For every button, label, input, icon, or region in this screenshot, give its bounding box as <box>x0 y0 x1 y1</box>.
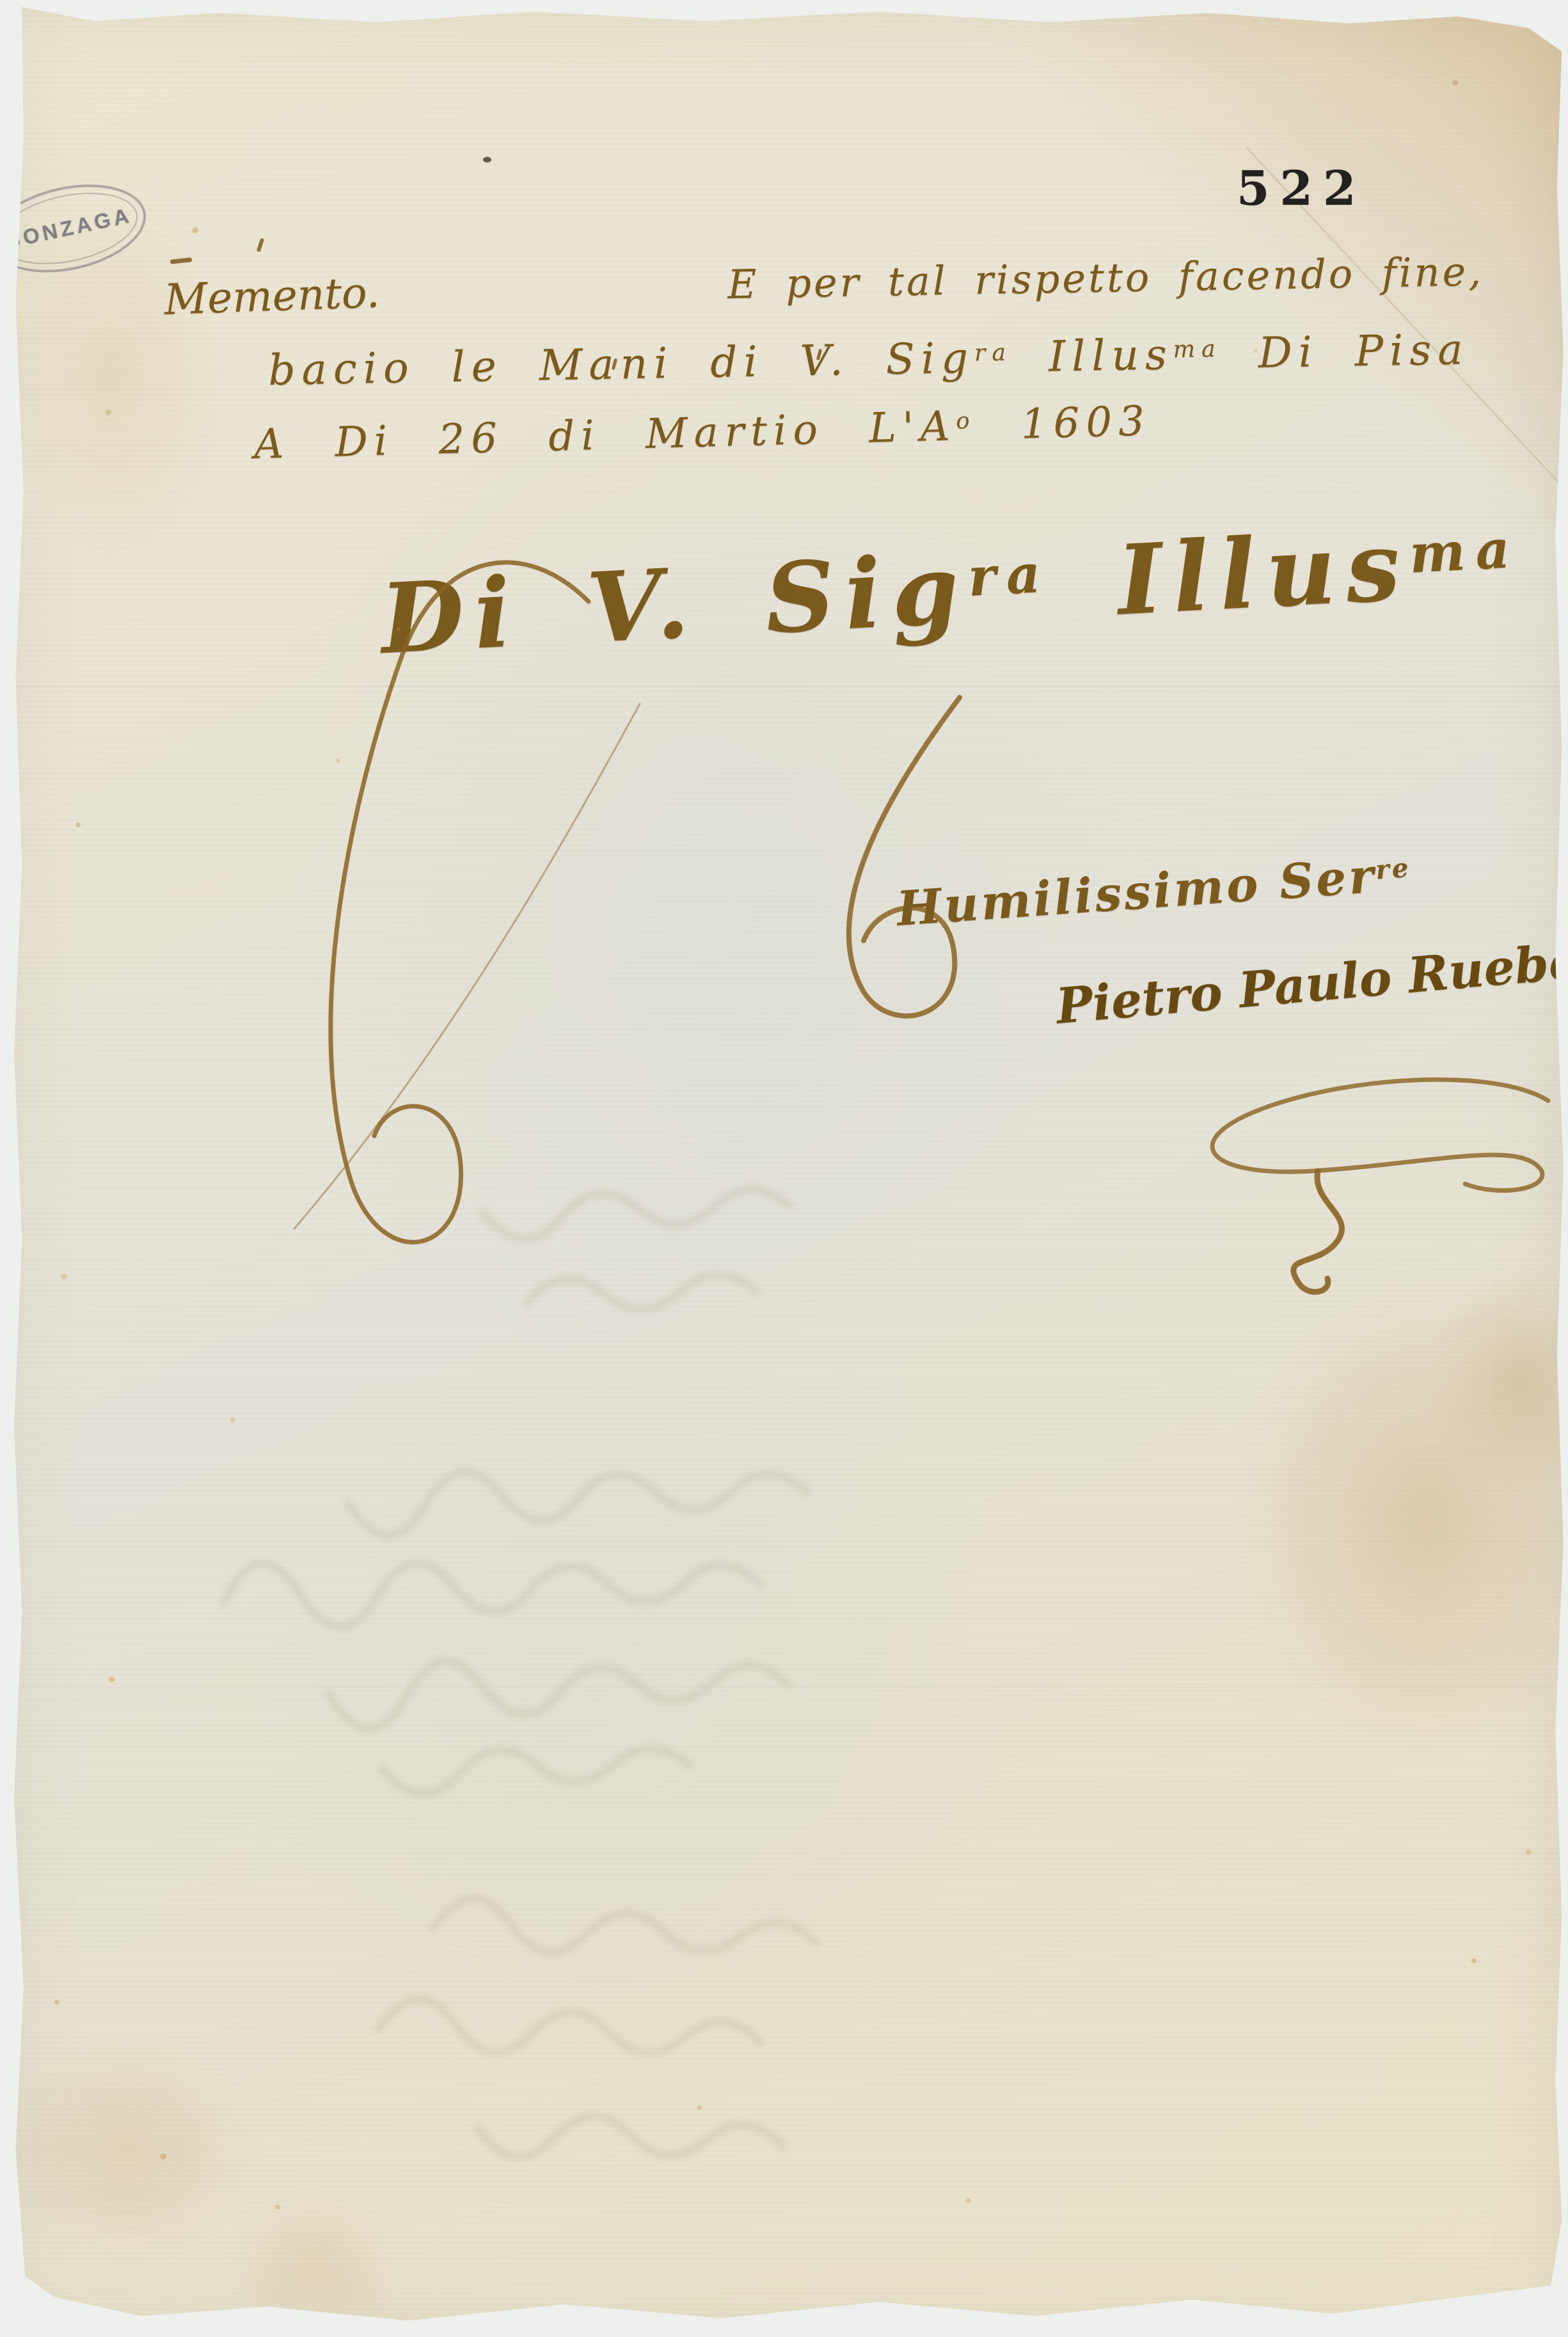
ink-mark <box>257 238 265 253</box>
dateline-part: 1603 <box>976 397 1152 449</box>
foxing-spot <box>275 2205 280 2210</box>
foxing-spot <box>1526 1849 1532 1855</box>
foxing-spot <box>336 758 340 763</box>
line-bacio-part: Di Pisa <box>1221 324 1469 378</box>
closing-part: Humilissimo Ser <box>895 849 1378 937</box>
stamp-inner-ring: GONZAGA <box>0 181 144 276</box>
salutation-part: Di V. Sig <box>378 532 972 676</box>
superscript-ma: ma <box>1408 518 1522 586</box>
foxing-spot <box>61 1273 67 1280</box>
salutation-line: Di V. Sigra Illusma <box>378 504 1523 676</box>
foxing-spot <box>1471 1958 1477 1963</box>
bleedthrough-writing <box>187 1876 869 2200</box>
scan-background: GONZAGA 522 Memento. E per tal rispetto … <box>0 0 1568 2337</box>
foxing-spot <box>106 410 111 415</box>
stamp-label: GONZAGA <box>1 203 134 254</box>
foxing-spot <box>483 157 491 163</box>
foxing-spot <box>192 227 198 234</box>
signature-paraph <box>1164 1062 1561 1305</box>
bleedthrough-writing <box>379 1160 837 1375</box>
foxing-spot <box>109 1677 115 1682</box>
signature-name: Pietro Paulo Ruebens <box>1054 927 1568 1035</box>
fold-crease-upper <box>0 686 1568 689</box>
bleedthrough-writing <box>109 1440 857 1811</box>
superscript-ra: ra <box>967 543 1052 609</box>
line-bacio-part: Illus <box>1012 330 1174 381</box>
line-bacio: bacio le Mani di V. Sigra Illusma Di Pis… <box>268 324 1470 395</box>
line-dateline: A Di 26 di Martio L'Ao 1603 <box>253 397 1152 468</box>
foxing-spot <box>230 1417 235 1423</box>
fold-crease-lower <box>0 1687 1568 1689</box>
foxing-spot <box>1452 80 1458 86</box>
word-memento: Memento. <box>163 267 380 324</box>
foxing-spot <box>160 2153 166 2160</box>
line-bacio-part: bacio le Mani di V. Sig <box>268 333 975 395</box>
superscript-ra: ra <box>974 339 1013 367</box>
superscript-ma: ma <box>1173 335 1222 363</box>
ink-mark <box>170 257 193 264</box>
foxing-spot <box>75 822 81 827</box>
salutation-descender-loop <box>755 672 1075 1056</box>
foxing-spot <box>697 2105 702 2110</box>
line-respetto: E per tal rispetto facendo fine, <box>727 248 1484 308</box>
dateline-part: A Di 26 di Martio L'A <box>253 403 956 468</box>
letter-page: GONZAGA 522 Memento. E per tal rispetto … <box>0 0 1568 2337</box>
foxing-spot <box>54 2000 59 2005</box>
superscript-o: o <box>956 408 976 435</box>
gonzaga-oval-stamp: GONZAGA <box>0 171 154 286</box>
foxing-spot <box>966 2198 971 2203</box>
closing-line: Humilissimo Serre <box>895 846 1413 937</box>
superscript-re: re <box>1375 852 1413 886</box>
archive-number: 522 <box>1237 161 1366 216</box>
salutation-part: Illus <box>1048 509 1413 641</box>
